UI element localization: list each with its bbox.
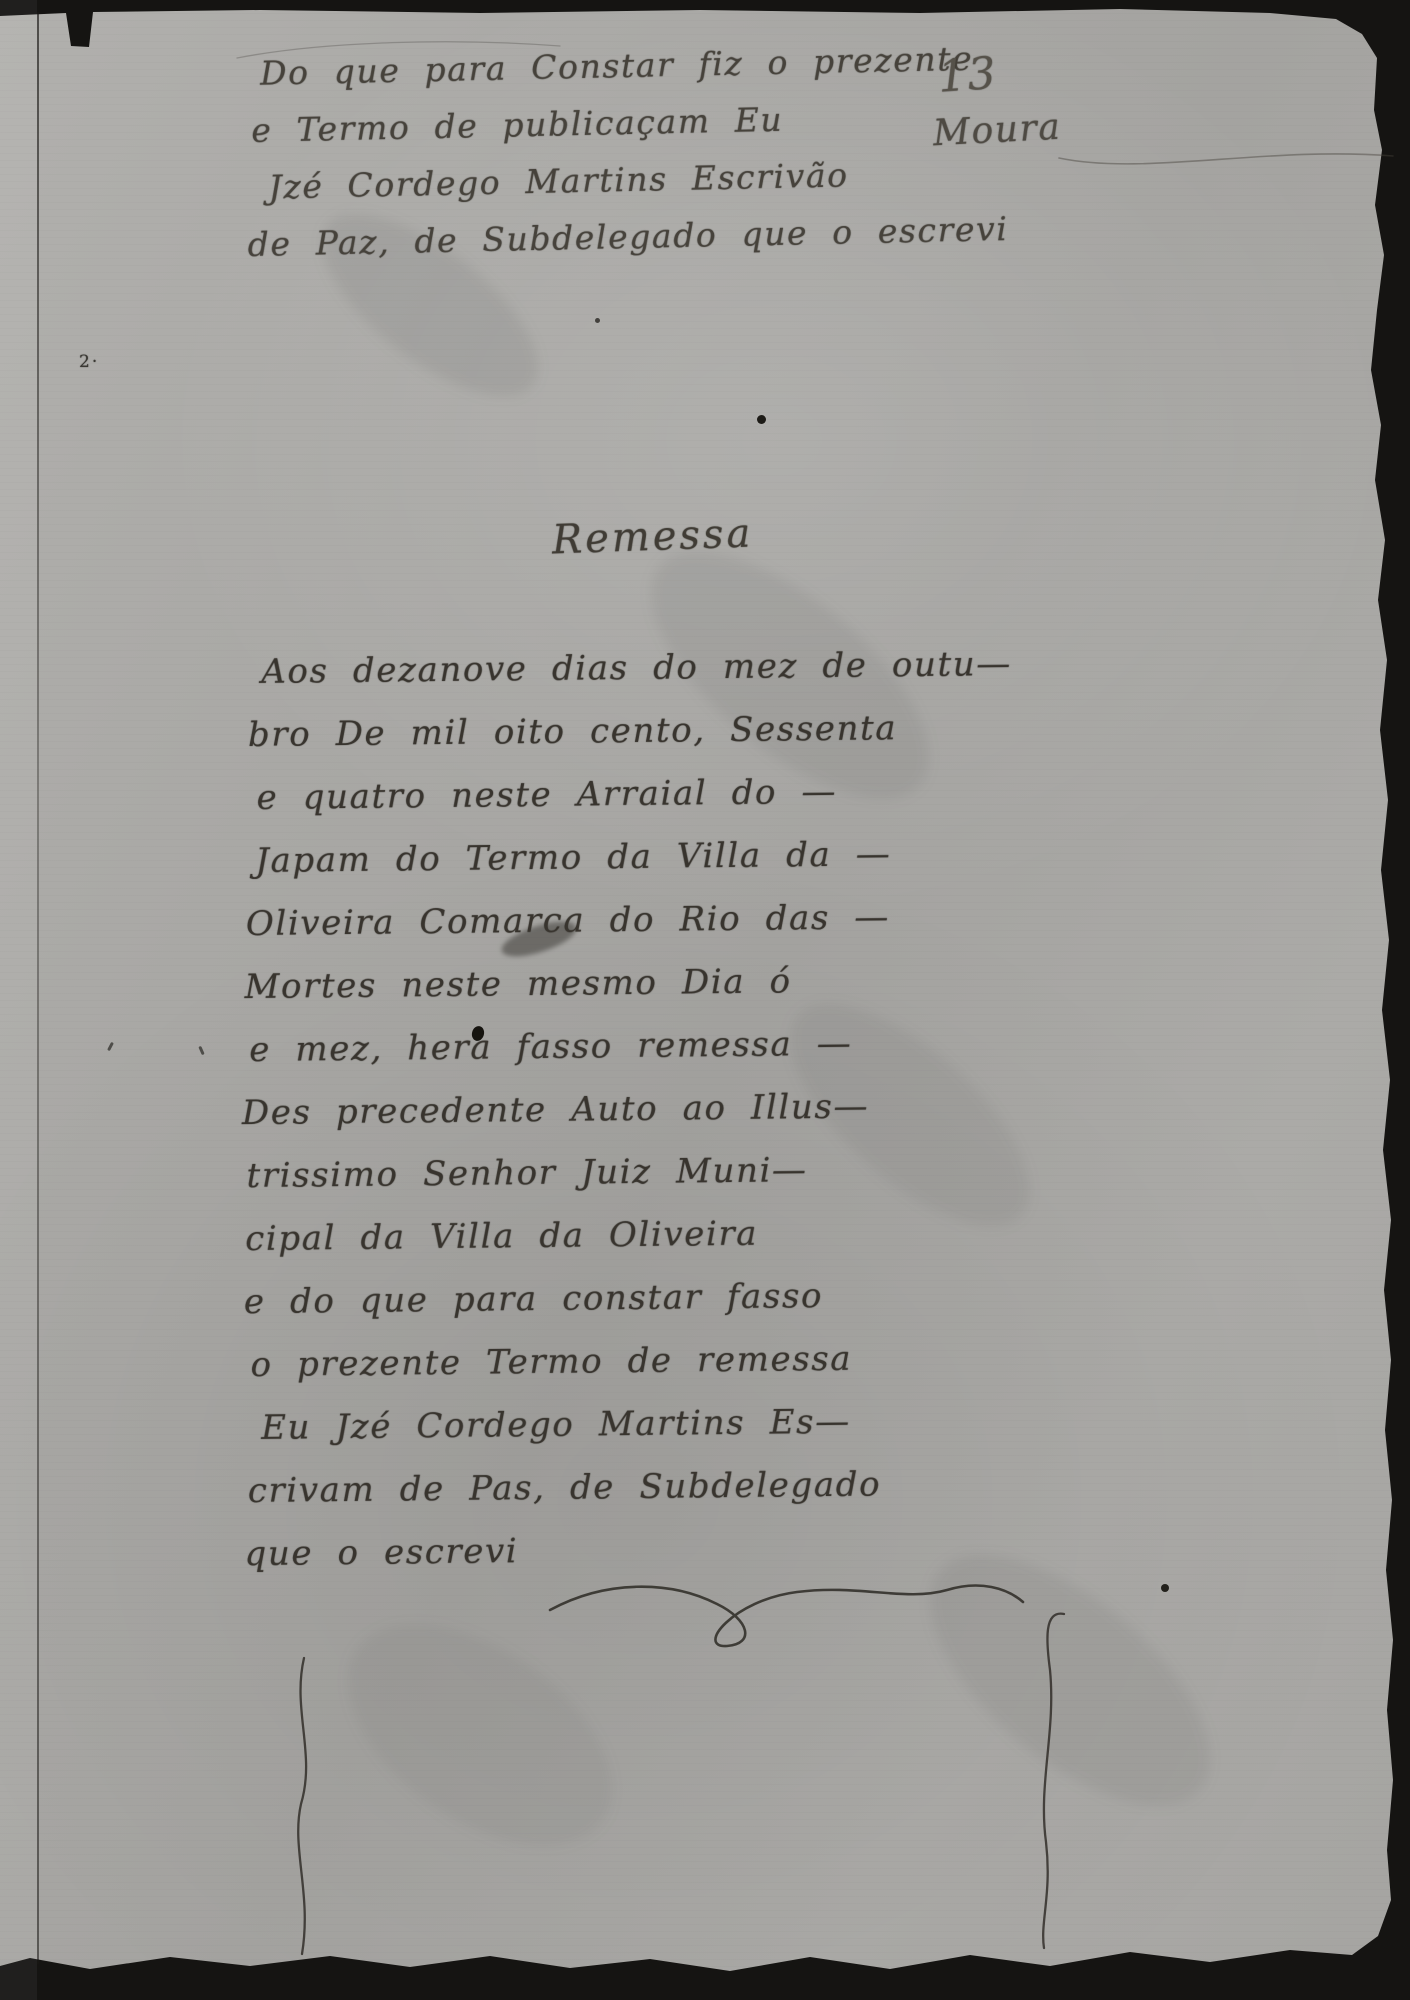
body-line: e do que para constar fasso <box>244 1274 1019 1345</box>
signature-flourish <box>1055 140 1400 180</box>
body-line: crivam de Pas, de Subdelegado <box>248 1463 1021 1534</box>
body-line: Mortes neste mesmo Dia ó <box>244 959 1015 1030</box>
body-line: Aos dezanove dias do mez de outu— <box>261 644 1012 715</box>
right-closing-squiggle <box>1028 1608 1076 1956</box>
header-block: Do que para Constar fiz o prezente e Ter… <box>250 38 1009 282</box>
section-heading: Remessa <box>551 511 754 564</box>
margin-signature: Moura <box>932 107 1062 155</box>
ink-dot <box>595 318 600 323</box>
body-line: Japam do Termo da Villa da — <box>255 833 1014 904</box>
body-block: Aos dezanove dias do mez de outu— bro De… <box>247 644 1021 1597</box>
body-line: Eu Jzé Cordego Martins Es— <box>261 1400 1020 1471</box>
gutter-fold-strip <box>0 0 37 2000</box>
body-line: bro De mil oito cento, Sessenta <box>248 707 1013 778</box>
closing-flourish <box>545 1568 1035 1658</box>
left-closing-squiggle <box>288 1652 332 1962</box>
body-line: Des precedente Auto ao Illus— <box>242 1085 1017 1156</box>
ink-dot <box>757 415 766 424</box>
manuscript-scan: Do que para Constar fiz o prezente e Ter… <box>0 0 1410 2000</box>
body-line: cipal da Villa da Oliveira <box>245 1211 1018 1282</box>
body-line: e quatro neste Arraial do — <box>256 770 1013 841</box>
margin-folio-mark: 2· <box>79 352 99 372</box>
body-line: o prezente Termo de remessa <box>250 1337 1019 1408</box>
body-line: trissimo Senhor Juiz Muni— <box>246 1148 1017 1219</box>
gutter-crease-line <box>37 12 39 1964</box>
body-line: Oliveira Comarca do Rio das — <box>246 896 1015 967</box>
folio-page-number: 13 <box>936 48 999 103</box>
ink-dot <box>1161 1584 1169 1592</box>
body-line: e mez, hera fasso remessa — <box>249 1022 1016 1093</box>
